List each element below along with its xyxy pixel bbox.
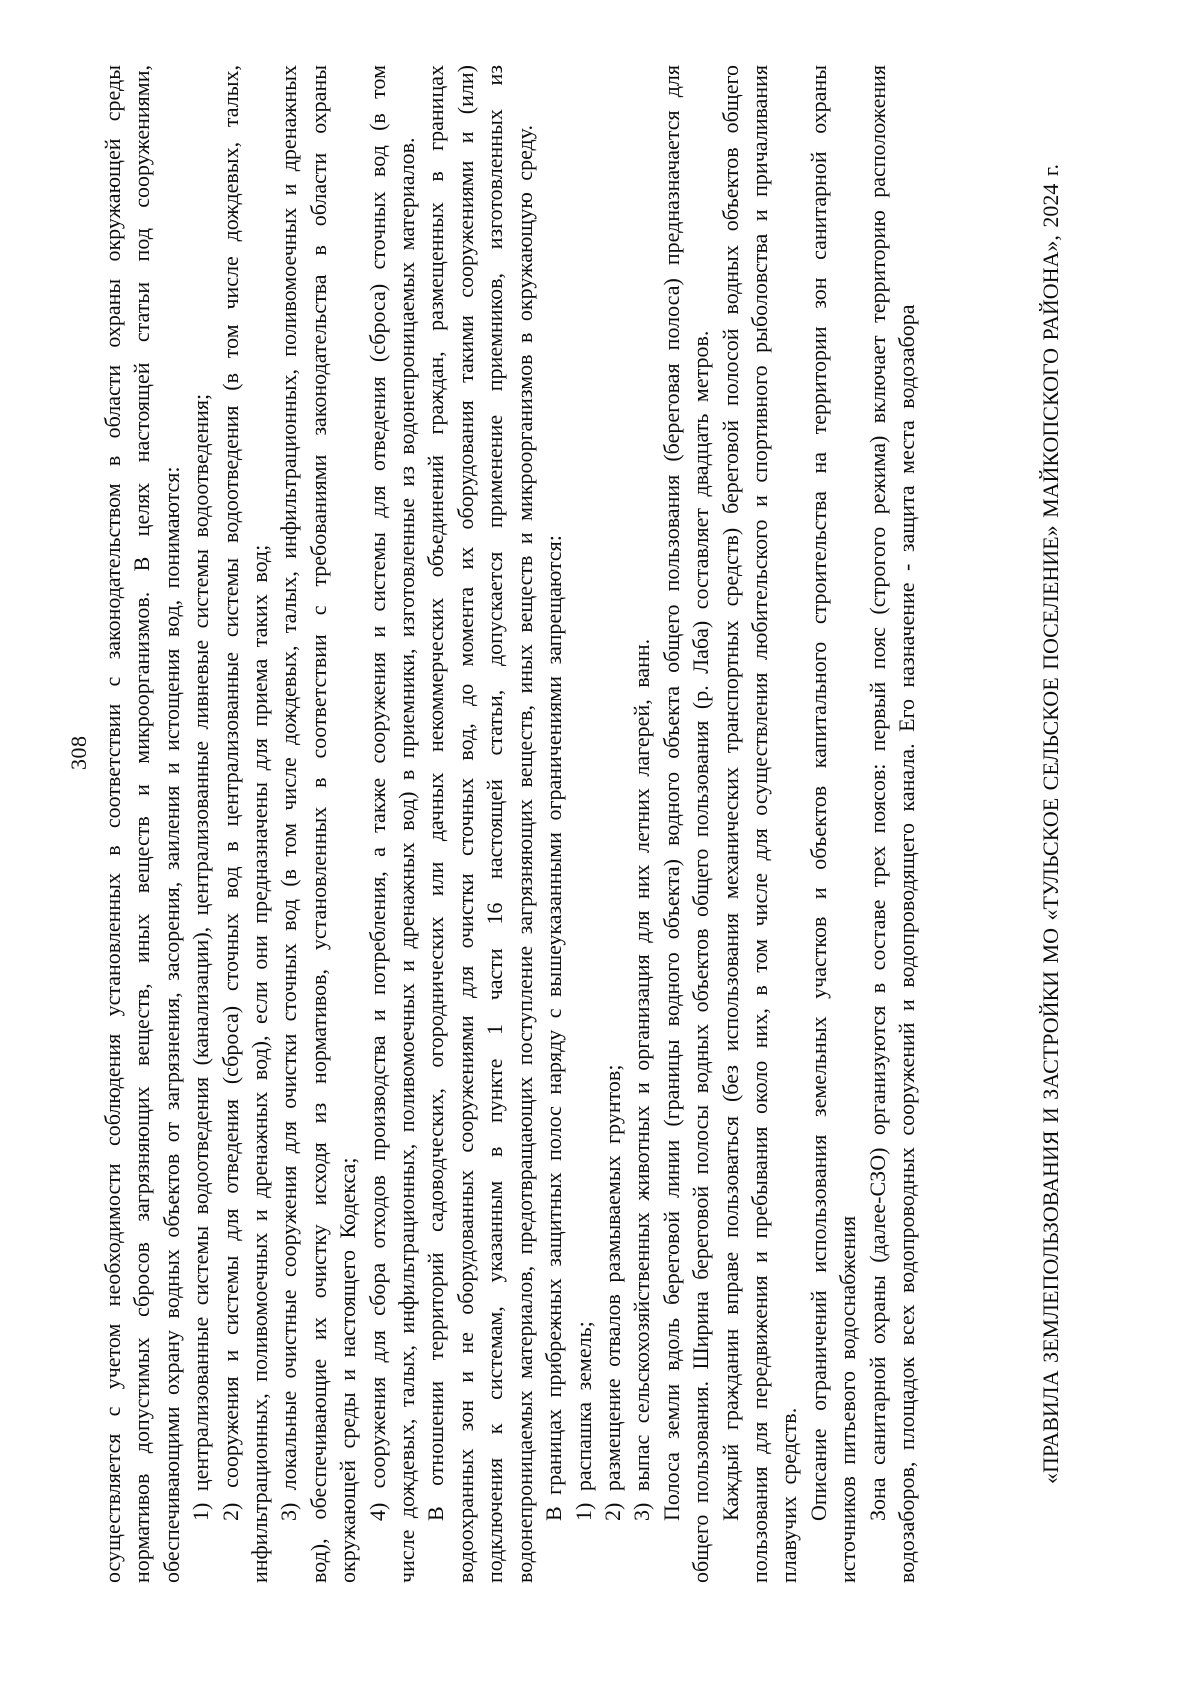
paragraph: 1) централизованные системы водоотведени… — [186, 65, 215, 1583]
paragraph: 4) сооружения для сбора отходов производ… — [363, 65, 422, 1583]
paragraph: 1) распашка земель; — [569, 65, 598, 1583]
paragraph: осуществляется с учетом необходимости со… — [98, 65, 186, 1583]
paragraph: Зона санитарной охраны (далее-СЗО) орган… — [863, 65, 922, 1583]
document-page: 308 осуществляется с учетом необходимост… — [0, 0, 1200, 1696]
paragraph: Описание ограничений использования земел… — [804, 65, 863, 1583]
paragraph: 3) выпас сельскохозяйственных животных и… — [627, 65, 656, 1583]
paragraph: Полоса земли вдоль береговой линии (гран… — [657, 65, 716, 1583]
paragraph: Каждый гражданин вправе пользоваться (бе… — [716, 65, 804, 1583]
paragraph: 3) локальные очистные сооружения для очи… — [274, 65, 362, 1583]
paragraph: В отношении территорий садоводческих, ог… — [421, 65, 539, 1583]
paragraph: В границах прибрежных защитных полос нар… — [539, 65, 568, 1583]
page-number: 308 — [66, 736, 92, 771]
paragraph: 2) размещение отвалов размываемых грунто… — [598, 65, 627, 1583]
page-footer: «ПРАВИЛА ЗЕМЛЕПОЛЬЗОВАНИЯ И ЗАСТРОЙКИ МО… — [1038, 65, 1064, 1583]
document-body: осуществляется с учетом необходимости со… — [98, 65, 921, 1583]
paragraph: 2) сооружения и системы для отведения (с… — [216, 65, 275, 1583]
